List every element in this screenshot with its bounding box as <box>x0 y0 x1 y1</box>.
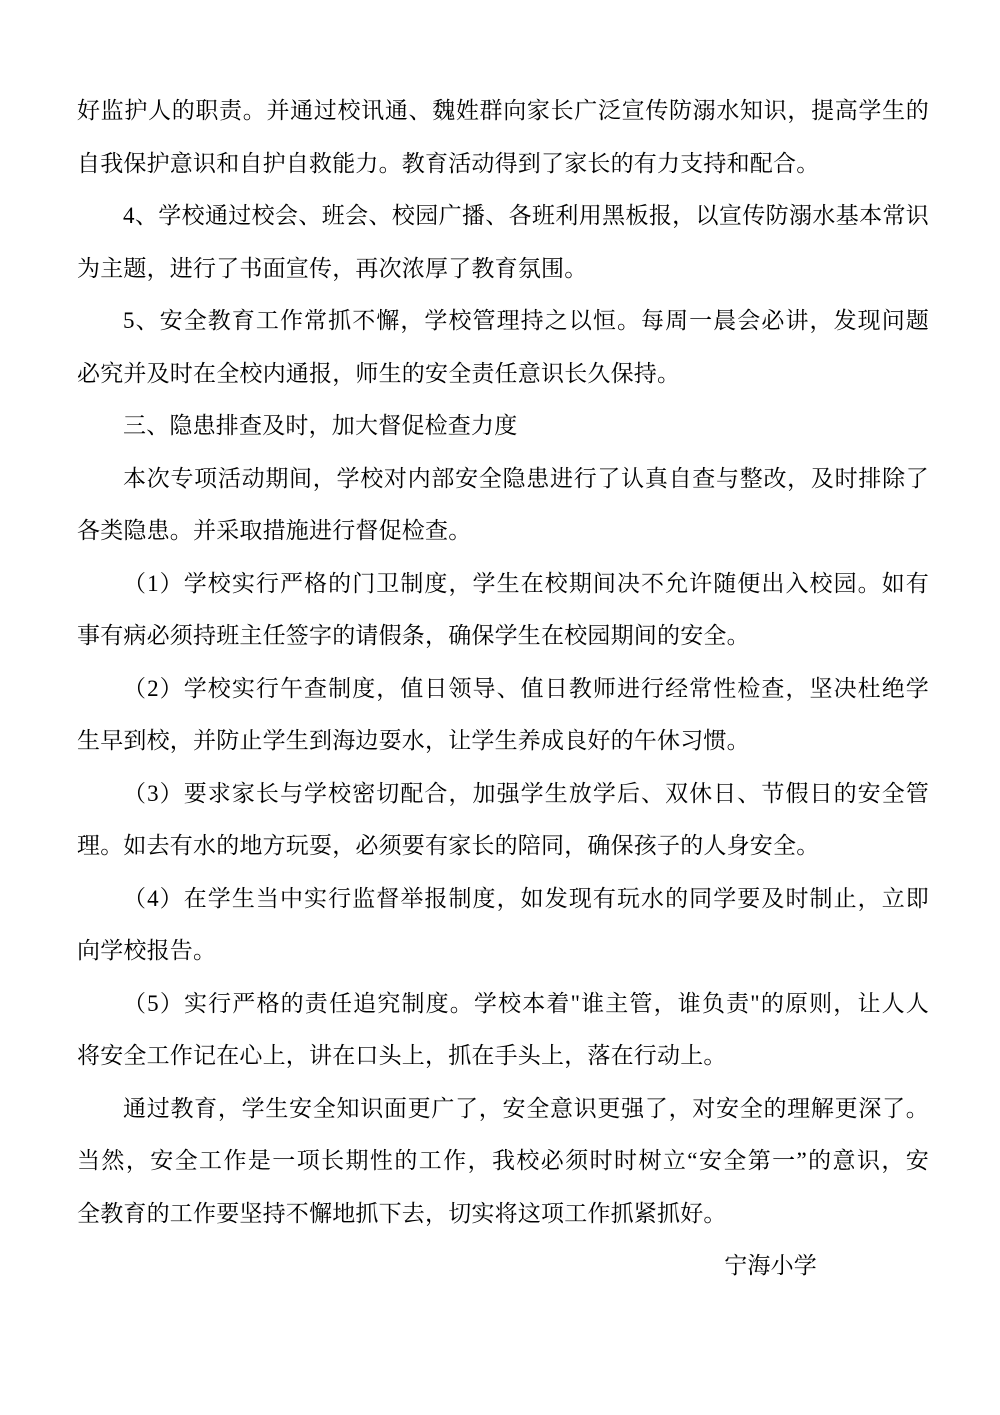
numbered-point-2-line: （2）学校实行午查制度，值日领导、值日教师进行经常性检查，坚决杜绝学 <box>77 663 929 716</box>
paragraph-line: 通过教育，学生安全知识面更广了，安全意识更强了，对安全的理解更深了。 <box>77 1083 929 1136</box>
paragraph-line: 全教育的工作要坚持不懈地抓下去，切实将这项工作抓紧抓好。 <box>77 1188 929 1241</box>
paragraph-line: 事有病必须持班主任签字的请假条，确保学生在校园期间的安全。 <box>77 610 929 663</box>
list-item-5-line: 5、安全教育工作常抓不懈，学校管理持之以恒。每周一晨会必讲，发现问题 <box>77 295 929 348</box>
list-item-4-line: 4、学校通过校会、班会、校园广播、各班利用黑板报，以宣传防溺水基本常识 <box>77 190 929 243</box>
paragraph-line: 各类隐患。并采取措施进行督促检查。 <box>77 505 929 558</box>
signature-line: 宁海小学 <box>77 1240 929 1293</box>
paragraph-line: 好监护人的职责。并通过校讯通、魏姓群向家长广泛宣传防溺水知识，提高学生的 <box>77 85 929 138</box>
section-heading-line: 三、隐患排查及时，加大督促检查力度 <box>77 400 929 453</box>
paragraph-line: 本次专项活动期间，学校对内部安全隐患进行了认真自查与整改，及时排除了 <box>77 453 929 506</box>
paragraph-line: 自我保护意识和自护自救能力。教育活动得到了家长的有力支持和配合。 <box>77 138 929 191</box>
numbered-point-4-line: （4）在学生当中实行监督举报制度，如发现有玩水的同学要及时制止，立即 <box>77 873 929 926</box>
paragraph-line: 生早到校，并防止学生到海边耍水，让学生养成良好的午休习惯。 <box>77 715 929 768</box>
paragraph-line: 理。如去有水的地方玩耍，必须要有家长的陪同，确保孩子的人身安全。 <box>77 820 929 873</box>
paragraph-line: 向学校报告。 <box>77 925 929 978</box>
paragraph-line: 将安全工作记在心上，讲在口头上，抓在手头上，落在行动上。 <box>77 1030 929 1083</box>
paragraph-line: 当然，安全工作是一项长期性的工作，我校必须时时树立“安全第一”的意识，安 <box>77 1135 929 1188</box>
numbered-point-5-line: （5）实行严格的责任追究制度。学校本着"谁主管，谁负责"的原则，让人人 <box>77 978 929 1031</box>
numbered-point-3-line: （3）要求家长与学校密切配合，加强学生放学后、双休日、节假日的安全管 <box>77 768 929 821</box>
paragraph-line: 必究并及时在全校内通报，师生的安全责任意识长久保持。 <box>77 348 929 401</box>
paragraph-line: 为主题，进行了书面宣传，再次浓厚了教育氛围。 <box>77 243 929 296</box>
numbered-point-1-line: （1）学校实行严格的门卫制度，学生在校期间决不允许随便出入校园。如有 <box>77 558 929 611</box>
document-page: 好监护人的职责。并通过校讯通、魏姓群向家长广泛宣传防溺水知识，提高学生的 自我保… <box>0 0 1000 1415</box>
